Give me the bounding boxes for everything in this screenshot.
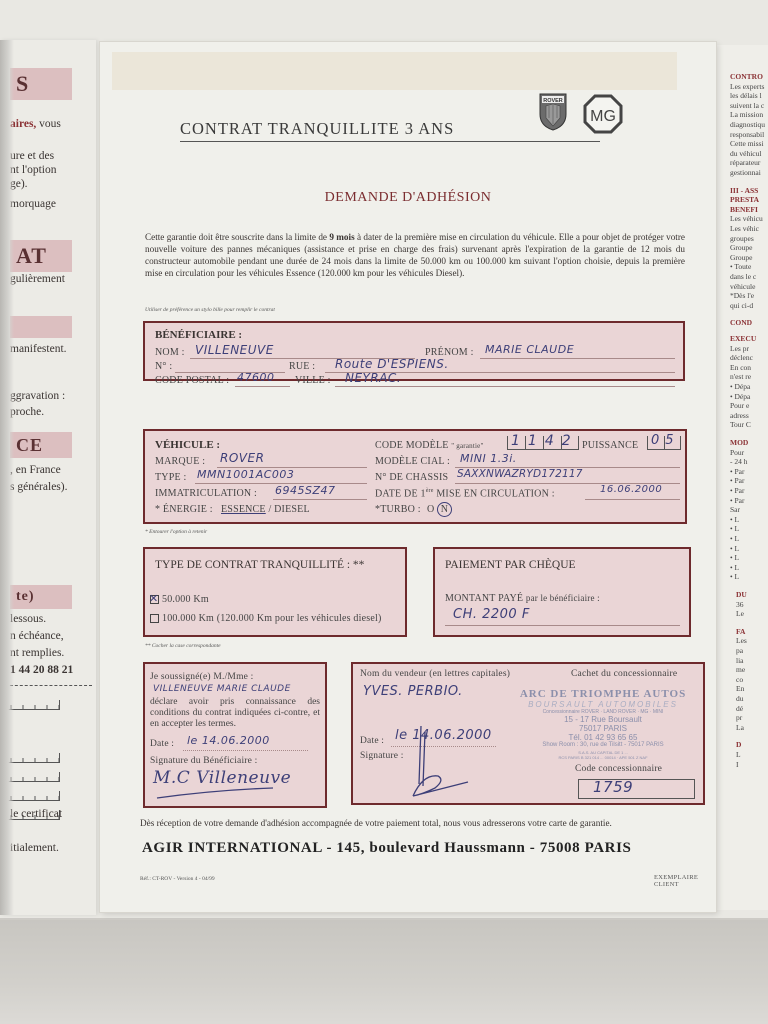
declaration-date-field[interactable]: le 14.06.2000 [187,734,270,747]
intro-paragraph: Cette garantie doit être souscrite dans … [145,231,685,279]
left-brochure-page: S aires, vous ure et des nt l'option ge)… [0,40,96,915]
section-band [10,316,72,338]
puissance-label: PUISSANCE [582,440,638,451]
contract-type-footnote: ** Cocher la case correspondante [145,643,221,649]
brochure-text: nt remplies. [10,647,64,659]
vendeur-nom-label: Nom du vendeur (en lettres capitales) [360,669,510,679]
checkbox-checked[interactable]: ✕ [150,595,159,604]
immatriculation-label: IMMATRICULATION : [155,488,257,499]
brochure-text: pr [736,713,742,722]
section-band: AT [10,240,72,272]
phone-number: 1 44 20 88 21 [10,664,73,676]
vehicle-heading: VÉHICULE : [155,439,220,451]
brochure-text: COND [730,318,752,327]
declaration-text: déclare avoir pris connaissance des cond… [150,697,320,730]
brochure-text: La mission [730,110,763,119]
brochure-text: responsabil [730,130,764,139]
brochure-text: CONTRO [730,72,763,81]
brochure-text: • Par [730,496,745,505]
brochure-text: les délais l [730,91,762,100]
brochure-text: , en France [10,464,61,476]
stamp-line-1: ARC DE TRIOMPHE AUTOS [503,688,703,700]
ville-label: VILLE : [295,375,331,386]
brochure-text: I [736,760,739,769]
code-concessionnaire-label: Code concessionnaire [575,764,662,774]
brochure-text: • Dépa [730,382,750,391]
code-concessionnaire-field[interactable]: 1759 [593,778,633,796]
brochure-text: • Par [730,486,745,495]
rover-logo-icon: ROVER [538,92,568,132]
contract-type-section: TYPE DE CONTRAT TRANQUILLITÉ : ** ✕ 50.0… [143,547,407,637]
brochure-text: déclenc [730,353,753,362]
brochure-text: • Dépa [730,392,750,401]
mg-logo-icon: MG [583,94,623,134]
ville-field[interactable]: NEYRAC. [345,371,401,385]
svg-text:ROVER: ROVER [543,98,563,104]
section-band: S [10,68,72,100]
rue-label: RUE : [289,361,315,372]
brochure-text: • Toute [730,262,751,271]
brochure-text: La [736,723,744,732]
brochure-text: • L [730,572,739,581]
declaration-date-label: Date : [150,739,174,749]
energie-label: * ÉNERGIE : [155,504,213,515]
brochure-text: dé [736,704,743,713]
turbo-option-o[interactable]: O [427,504,434,515]
brochure-text: MOD [730,438,748,447]
brochure-text: ggravation : [10,390,65,402]
footer-note: Dès réception de votre demande d'adhésio… [140,818,612,828]
brochure-text: me [736,665,745,674]
copy-label: EXEMPLAIRE CLIENT [654,874,716,888]
brochure-text: • Par [730,467,745,476]
brochure-text: 36 [736,600,744,609]
modele-cial-label: MODÈLE CIAL : [375,456,450,467]
option-50000[interactable]: ✕ 50.000 Km [150,594,209,605]
montant-label: MONTANT PAYÉ par le bénéficiaire : [445,593,600,604]
beneficiary-section: BÉNÉFICIAIRE : NOM : VILLENEUVE PRÉNOM :… [143,321,685,381]
brochure-text: Le [736,609,744,618]
form-reference: Réf.: CT-ROV - Version 4 - 04/99 [140,876,215,882]
stamp-line-2: BOURSAULT AUTOMOBILES [503,700,703,709]
brochure-text: Groupe [730,243,753,252]
marque-field[interactable]: ROVER [220,451,264,465]
brochure-text: véhicule [730,282,755,291]
brochure-text: Cette missi [730,139,764,148]
brochure-text: itialement. [10,842,59,854]
brochure-text: Les pr [730,344,749,353]
checkbox-unchecked[interactable] [150,614,159,623]
soussigne-field[interactable]: VILLENEUVE MARIE CLAUDE [153,684,291,694]
brochure-text: Groupe [730,253,753,262]
vehicle-section: VÉHICULE : MARQUE : ROVER TYPE : MMN1001… [143,429,687,524]
nom-field[interactable]: VILLENEUVE [195,343,274,357]
company-address: AGIR INTERNATIONAL - 145, boulevard Haus… [142,840,632,857]
brochure-text: • L [730,534,739,543]
contract-type-heading: TYPE DE CONTRAT TRANQUILLITÉ : ** [155,559,364,571]
immatriculation-line [273,499,367,500]
brochure-text: Sar [730,505,740,514]
signature-beneficiaire-label: Signature du Bénéficiaire : [150,756,258,766]
table-surface [0,920,768,1024]
section-band: CE [10,432,72,458]
brochure-text: suivent la c [730,101,764,110]
type-field[interactable]: MMN1001AC003 [197,468,294,481]
turbo-label: *TURBO : [375,504,421,515]
brochure-text: adress [730,411,749,420]
montant-line [445,625,680,626]
puissance-value[interactable]: 05 [651,433,680,448]
signature-underline-stroke [155,786,275,800]
cachet-label: Cachet du concessionnaire [571,669,677,679]
brochure-text: Pour [730,448,744,457]
date-circulation-line [585,499,680,500]
chassis-label: N° DE CHASSIS [375,472,448,483]
brochure-text: • Par [730,476,745,485]
soussigne-label: Je soussigné(e) M./Mme : [150,672,253,682]
marque-label: MARQUE : [155,456,205,467]
contract-form: CONTRAT TRANQUILLITE 3 ANS ROVER MG DEMA… [100,42,716,912]
code-postal-field[interactable]: 47600 [237,371,275,384]
brochure-text: proche. [10,406,44,418]
brochure-text: manifestent. [10,343,67,355]
brochure-text: Les véhicu [730,214,763,223]
payment-heading: PAIEMENT PAR CHÈQUE [445,559,576,571]
brochure-text: ure et des [10,150,54,162]
stamp-line-7: Show Room : 30, rue de Tilsitt - 75017 P… [503,742,703,748]
brochure-text: DU [736,590,747,599]
brochure-text: FA [736,627,745,636]
type-label: TYPE : [155,472,186,483]
contract-title: CONTRAT TRANQUILLITE 3 ANS [180,119,454,139]
brochure-text: Les véhic [730,224,759,233]
prenom-line [480,358,675,359]
montant-field[interactable]: CH. 2200 F [453,607,530,622]
brochure-text: • L [730,553,739,562]
stamp-line-6: Tél. 01 42 93 65 65 [503,733,703,742]
immatriculation-field[interactable]: 6945SZ47 [275,484,336,497]
brochure-text: s générales). [10,481,67,493]
brochure-text: PRESTA [730,195,759,204]
brochure-text: • L [730,563,739,572]
vehicle-footnote: * Entourer l'option à retenir [145,529,207,535]
brochure-text: gestionnai [730,168,761,177]
rue-field[interactable]: Route D'ESPIENS. [335,357,449,371]
brochure-text: du véhicul [730,149,761,158]
brochure-text: BENEFI [730,205,758,214]
header-divider [180,141,600,142]
prenom-field[interactable]: MARIE CLAUDE [485,343,574,356]
brochure-text: Les [736,636,747,645]
brochure-text: D [736,740,741,749]
brochure-text: • L [730,544,739,553]
brochure-text: du [736,694,744,703]
brochure-text: gulièrement [10,273,65,285]
brochure-text: pa [736,646,743,655]
brochure-text: n échéance, [10,630,64,642]
brochure-text: co [736,675,743,684]
brochure-text: Les experts [730,82,764,91]
declaration-date-line [183,750,308,751]
brochure-text: réparateur [730,158,760,167]
chassis-field[interactable]: SAXXNWAZRYD172117 [457,468,583,480]
energie-options[interactable]: ESSENCE / DIESEL [221,504,310,515]
right-brochure-page: CONTROLes expertsles délais lsuivent la … [716,45,768,910]
option-100000[interactable]: 100.000 Km (120.000 Km pour les véhicule… [150,613,382,624]
declaration-section: Je soussigné(e) M./Mme : VILLENEUVE MARI… [143,662,327,808]
brochure-text: lia [736,656,744,665]
signature-beneficiaire[interactable]: M.C Villeneuve [153,768,291,788]
vendeur-date-label: Date : [360,736,384,746]
date-circulation-field[interactable]: 16.06.2000 [600,484,662,495]
pen-instruction: Utiliser de préférence un stylo bille po… [145,307,275,313]
brochure-text: En con [730,363,751,372]
brochure-text: L [736,750,741,759]
form-heading: DEMANDE D'ADHÉSION [100,190,716,206]
modele-cial-field[interactable]: MINI 1.3i. [460,452,517,465]
payment-section: PAIEMENT PAR CHÈQUE MONTANT PAYÉ par le … [433,547,691,637]
brochure-text-certificat: le certificat [10,808,62,820]
code-postal-label: CODE POSTAL : [155,375,229,386]
brochure-text: morquage [10,198,56,210]
tape-strip [112,52,677,90]
brochure-text: n'est re [730,372,751,381]
code-modele-label: CODE MODÈLE " garantie" [375,440,484,451]
stamp-line-9: RCS PARIS B 321 014 ... 00014 · APE 501 … [503,755,703,760]
vendeur-signature[interactable] [383,724,473,804]
stamp-line-5: 75017 PARIS [503,724,703,733]
stamp-line-4: 15 - 17 Rue Boursault [503,715,703,724]
brochure-text: III - ASS [730,186,758,195]
code-modele-value[interactable]: 1142 [511,433,579,449]
brochure-text: - 24 h [730,457,748,466]
brochure-text: Pour e [730,401,749,410]
code-postal-line [235,386,290,387]
beneficiary-heading: BÉNÉFICIAIRE : [155,329,242,341]
vendeur-nom-field[interactable]: YVES. PERBIO. [363,684,463,699]
date-circulation-label: DATE DE 1ère MISE EN CIRCULATION : [375,488,555,499]
brochure-text: dans le c [730,272,756,281]
nom-label: NOM : [155,347,185,358]
numero-label: N° : [155,361,172,372]
brochure-text: EXECU [730,334,756,343]
brochure-text: groupes [730,234,754,243]
brochure-text: *Dès l'e [730,291,754,300]
brochure-text: En [736,684,744,693]
turbo-option-n[interactable]: N [437,502,452,517]
fold-shadow [0,40,14,915]
brochure-text: • L [730,515,739,524]
vendor-section: Nom du vendeur (en lettres capitales) YV… [351,662,705,805]
brochure-text: diagnostiqu [730,120,765,129]
svg-text:MG: MG [590,108,616,125]
brochure-text: aires, vous [10,118,61,130]
brochure-text: nt l'option [10,164,56,176]
brochure-text: qui ci-d [730,301,753,310]
section-band: te) [10,585,72,609]
brochure-text: Tour C [730,420,751,429]
brochure-text: lessous. [10,613,46,625]
brochure-text: • L [730,524,739,533]
ville-line [335,386,675,387]
